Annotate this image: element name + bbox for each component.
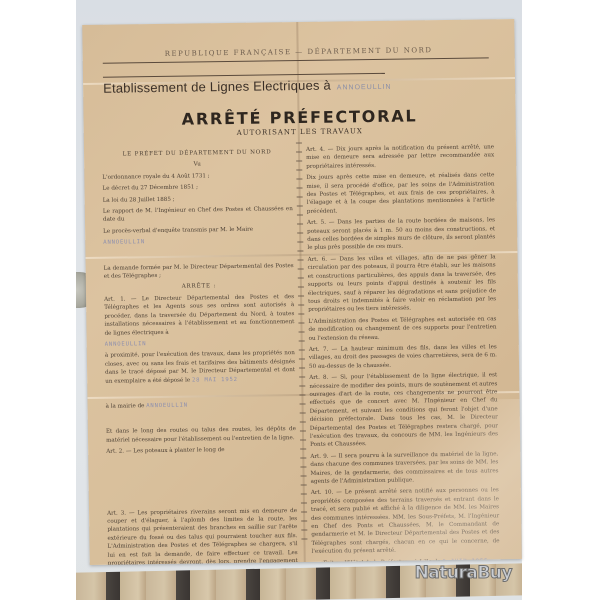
left-column: LE PRÉFET DU DÉPARTEMENT DU NORD Vu L'or… bbox=[102, 148, 298, 565]
article-3: Art. 3. — Les propriétaires riverains se… bbox=[107, 507, 298, 565]
arrete-heading: ARRÊTE : bbox=[104, 282, 294, 293]
commune-stamp: ANNOEULLIN bbox=[105, 341, 147, 348]
article-7: Art. 7. — La hauteur minimum des fils, d… bbox=[309, 343, 497, 371]
vu-item: La loi du 28 Juillet 1885 ; bbox=[103, 194, 293, 205]
document-sheet: REPUBLIQUE FRANÇAISE — DÉPARTEMENT DU NO… bbox=[82, 19, 521, 565]
watermark-logo: NaturaBuy bbox=[415, 563, 512, 583]
establishment-line: Etablissement de Lignes Electriques à AN… bbox=[103, 77, 392, 96]
commune-stamp: ANNOEULLIN bbox=[103, 239, 145, 246]
article-6-continued: L'Administration des Postes et Télégraph… bbox=[308, 315, 496, 343]
demande: La demande formée par M. le Directeur Dé… bbox=[104, 262, 294, 281]
article-1-end: Et dans le long des routes ou talus des … bbox=[106, 425, 296, 444]
article-4: Art. 4. — Dix jours après la notificatio… bbox=[306, 143, 494, 171]
article-4-continued: Dix jours après cette mise en demeure, e… bbox=[306, 172, 495, 217]
vu-item: Le rapport de M. l'Ingénieur en Chef des… bbox=[103, 205, 293, 224]
vu-item: L'ordonnance royale du 4 Août 1731 ; bbox=[102, 171, 292, 182]
mairie-line: à la mairie de ANNOEULLIN bbox=[106, 400, 296, 411]
article-5: Art. 5. — Dans les parties de la route b… bbox=[307, 217, 495, 253]
vu-label: Vu bbox=[102, 160, 292, 171]
prefet-heading: LE PRÉFET DU DÉPARTEMENT DU NORD bbox=[102, 148, 292, 159]
article-2: Art. 2. — Les poteaux à planter le long … bbox=[106, 445, 296, 456]
article-1-continued: à proximité, pour l'exécution des travau… bbox=[105, 349, 295, 385]
commune-stamp: ANNOEULLIN bbox=[146, 403, 188, 410]
article-6: Art. 6. — Dans les villes et villages, a… bbox=[307, 253, 496, 314]
light-glare bbox=[298, 398, 522, 565]
commune-stamp: ANNOEULLIN bbox=[337, 84, 392, 92]
vu-item: Le décret du 27 Décembre 1851 ; bbox=[102, 182, 292, 193]
proces-verbal: Le procès-verbal d'enquête transmis par … bbox=[103, 225, 293, 236]
article-1: Art. 1. — Le Directeur Départemental des… bbox=[104, 293, 295, 338]
date-stamp: 28 MAI 1952 bbox=[192, 376, 238, 383]
establishment-prefix: Etablissement de Lignes Electriques à bbox=[103, 78, 331, 96]
